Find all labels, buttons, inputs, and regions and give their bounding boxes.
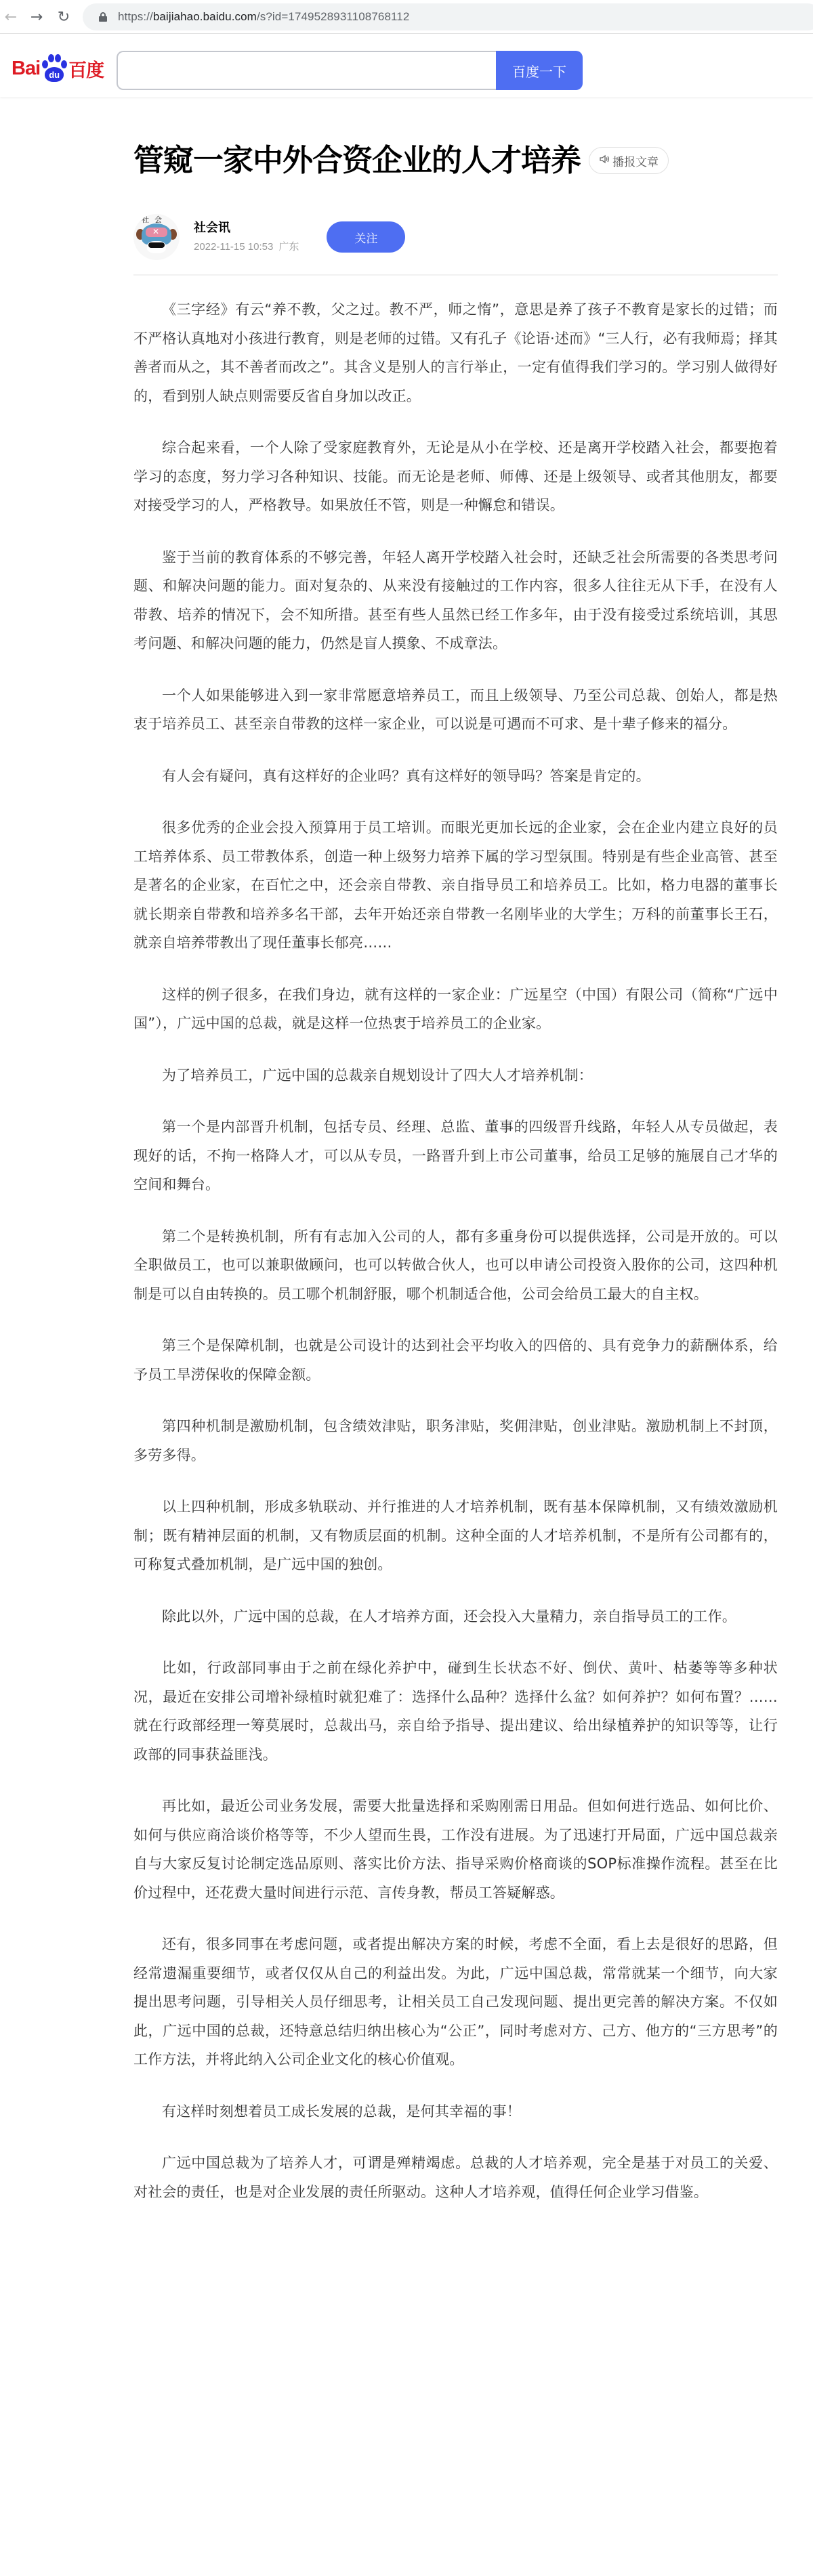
paragraph: 除此以外，广远中国的总裁，在人才培养方面，还会投入大量精力，亲自指导员工的工作。 bbox=[133, 1602, 778, 1631]
search-form: 百度一下 bbox=[117, 51, 659, 90]
reload-button[interactable]: ↻ bbox=[54, 7, 73, 26]
paragraph: 综合起来看，一个人除了受家庭教育外，无论是从小在学校、还是离开学校踏入社会，都要… bbox=[133, 433, 778, 520]
address-bar[interactable]: https://baijiahao.baidu.com/s?id=1749528… bbox=[83, 3, 813, 30]
avatar[interactable]: 社会 ✕ bbox=[133, 214, 180, 260]
logo-latin: Bai bbox=[12, 58, 40, 80]
browser-toolbar: ← → ↻ https://baijiahao.baidu.com/s?id=1… bbox=[0, 0, 813, 34]
author-meta: 社会讯 2022-11-15 10:53广东 bbox=[194, 219, 299, 255]
title-row: 管窥一家中外合资企业的人才培养 播报文章 bbox=[133, 142, 778, 179]
author-name[interactable]: 社会讯 bbox=[194, 219, 299, 237]
paragraph: 《三字经》有云“养不教，父之过。教不严，师之惰”，意思是养了孩子不教育是家长的过… bbox=[133, 295, 778, 410]
paragraph: 有这样时刻想着员工成长发展的总裁，是何其幸福的事！ bbox=[133, 2097, 778, 2126]
follow-button[interactable]: 关注 bbox=[327, 221, 405, 253]
logo-cn: 百度 bbox=[68, 56, 104, 82]
paragraph: 鉴于当前的教育体系的不够完善，年轻人离开学校踏入社会时，还缺乏社会所需要的各类思… bbox=[133, 543, 778, 658]
paragraph: 还有，很多同事在考虑问题，或者提出解决方案的时候，考虑不全面，看上去是很好的思路… bbox=[133, 1930, 778, 2074]
paragraph: 第二个是转换机制，所有有志加入公司的人，都有多重身份可以提供选择，公司是开放的。… bbox=[133, 1222, 778, 1309]
paragraph: 比如，行政部同事由于之前在绿化养护中，碰到生长状态不好、倒伏、黄叶、枯萎等等多种… bbox=[133, 1654, 778, 1769]
forward-button[interactable]: → bbox=[27, 7, 46, 26]
publish-datetime: 2022-11-15 10:53 bbox=[194, 241, 273, 253]
paragraph: 这样的例子很多，在我们身边，就有这样的一家企业：广远星空（中国）有限公司（简称“… bbox=[133, 981, 778, 1038]
divider bbox=[133, 274, 778, 276]
paragraph: 以上四种机制，形成多轨联动、并行推进的人才培养机制，既有基本保障机制，又有绩效激… bbox=[133, 1493, 778, 1579]
paragraph: 为了培养员工，广远中国的总裁亲自规划设计了四大人才培养机制： bbox=[133, 1061, 778, 1090]
paw-icon: du bbox=[41, 53, 68, 83]
baidu-logo[interactable]: Bai du 百度 bbox=[12, 51, 104, 85]
lock-icon bbox=[99, 12, 107, 22]
reload-icon: ↻ bbox=[58, 9, 70, 26]
paragraph: 广远中国总裁为了培养人才，可谓是殚精竭虑。总裁的人才培养观，完全是基于对员工的关… bbox=[133, 2149, 778, 2206]
listen-label: 播报文章 bbox=[612, 152, 659, 169]
listen-article-button[interactable]: 播报文章 bbox=[589, 147, 669, 174]
arrow-right-icon: → bbox=[30, 9, 43, 26]
paragraph: 有人会有疑问，真有这样好的企业吗？真有这样好的领导吗？答案是肯定的。 bbox=[133, 762, 778, 791]
search-button[interactable]: 百度一下 bbox=[496, 51, 583, 90]
paragraph: 第一个是内部晋升机制，包括专员、经理、总监、董事的四级晋升线路，年轻人从专员做起… bbox=[133, 1113, 778, 1199]
arrow-left-icon: ← bbox=[5, 9, 17, 26]
follow-wrap: 关注 bbox=[331, 221, 371, 253]
publish-info: 2022-11-15 10:53广东 bbox=[194, 238, 299, 255]
search-input[interactable] bbox=[117, 51, 496, 90]
paragraph: 再比如，最近公司业务发展，需要大批量选择和采购刚需日用品。但如何进行选品、如何比… bbox=[133, 1792, 778, 1907]
publish-location: 广东 bbox=[278, 240, 299, 253]
paragraph: 一个人如果能够进入到一家非常愿意培养员工，而且上级领导、乃至公司总裁、创始人，都… bbox=[133, 681, 778, 739]
url-text: https://baijiahao.baidu.com/s?id=1749528… bbox=[118, 10, 409, 24]
paragraph: 第三个是保障机制，也就是公司设计的达到社会平均收入的四倍的、具有竞争力的薪酬体系… bbox=[133, 1331, 778, 1389]
speaker-icon bbox=[599, 154, 610, 167]
paragraph: 第四种机制是激励机制，包含绩效津贴，职务津贴，奖佣津贴，创业津贴。激励机制上不封… bbox=[133, 1412, 778, 1469]
paragraph: 很多优秀的企业会投入预算用于员工培训。而眼光更加长远的企业家，会在企业内建立良好… bbox=[133, 813, 778, 958]
back-button[interactable]: ← bbox=[1, 7, 20, 26]
article-body: 《三字经》有云“养不教，父之过。教不严，师之惰”，意思是养了孩子不教育是家长的过… bbox=[133, 295, 778, 2229]
article-title: 管窥一家中外合资企业的人才培养 bbox=[133, 142, 581, 179]
author-row: 社会 ✕ 社会讯 2022-11-15 10:53广东 关注 bbox=[133, 210, 371, 264]
